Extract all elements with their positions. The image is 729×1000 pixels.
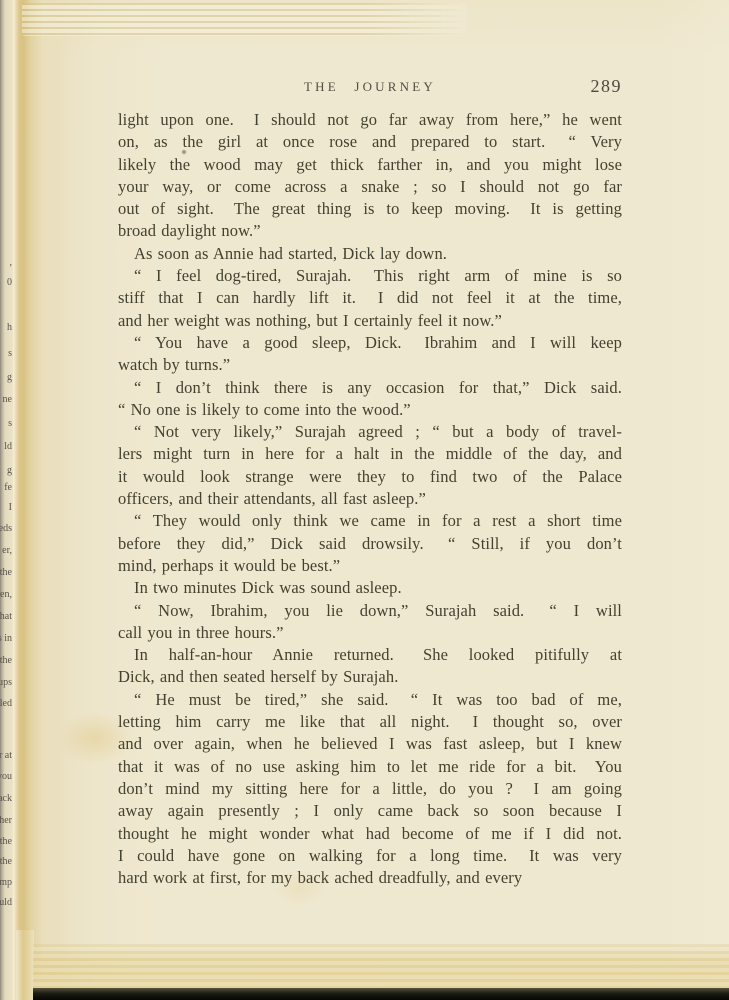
edge-text-fragment: s [8, 419, 12, 429]
edge-text-fragment: mp [0, 878, 12, 888]
paragraph: “ You have a good sleep, Dick. Ibrahim a… [118, 332, 622, 377]
text-line: “ I don’t think there is any occasion fo… [118, 377, 622, 399]
book-gutter [13, 0, 73, 1000]
text-line: broad daylight now.” [118, 220, 622, 242]
edge-text-fragment: g [7, 466, 12, 476]
edge-text-fragment: uld [0, 898, 12, 908]
paragraph: In half-an-hour Annie returned. She look… [118, 644, 622, 689]
text-line: out of sight. The great thing is to keep… [118, 198, 622, 220]
edge-text-fragment: the [0, 857, 12, 867]
page-number: 289 [591, 76, 623, 97]
edge-text-fragment: s [8, 349, 12, 359]
text-line: “ Not very likely,” Surajah agreed ; “ b… [118, 421, 622, 443]
text-line: and over again, when he believed I was f… [118, 733, 622, 755]
text-line: thought he might wonder what had become … [118, 823, 622, 845]
top-page-edges [22, 3, 467, 36]
paragraph: light upon one. I should not go far away… [118, 109, 622, 243]
text-line: call you in three hours.” [118, 622, 622, 644]
edge-text-fragment: hat [0, 612, 12, 622]
edge-text-fragment: , [10, 258, 13, 268]
bottom-page-edges [33, 944, 729, 990]
edge-text-fragment: ther [0, 816, 12, 826]
text-line: “ I feel dog-tired, Surajah. This right … [118, 265, 622, 287]
edge-text-fragment: h [7, 323, 12, 333]
paragraph: “ I feel dog-tired, Surajah. This right … [118, 265, 622, 332]
text-line: letting him carry me like that all night… [118, 711, 622, 733]
edge-text-fragment: r at [0, 751, 12, 761]
text-line: that it was of no use asking him to let … [118, 756, 622, 778]
edge-text-fragment: en, [0, 590, 12, 600]
book-page-scan: ,0hsgnesldgfeIedser,theen,hats intheupsl… [0, 0, 729, 1000]
edge-text-fragment: s in [0, 634, 12, 644]
edge-text-fragment: the [0, 568, 12, 578]
edge-text-fragment: you [0, 772, 12, 782]
text-block: light upon one. I should not go far away… [118, 109, 622, 889]
text-line: “ No one is likely to come into the wood… [118, 399, 622, 421]
text-line: In two minutes Dick was sound asleep. [118, 577, 622, 599]
edge-text-fragment: er, [2, 546, 12, 556]
edge-text-fragment: the [0, 656, 12, 666]
text-line: stiff that I can hardly lift it. I did n… [118, 287, 622, 309]
text-line: don’t mind my sitting here for a little,… [118, 778, 622, 800]
edge-text-fragment: I [9, 503, 12, 513]
paragraph: “ Now, Ibrahim, you lie down,” Surajah s… [118, 600, 622, 645]
text-line: “ You have a good sleep, Dick. Ibrahim a… [118, 332, 622, 354]
edge-text-fragment: ups [0, 678, 12, 688]
text-line: before they did,” Dick said drowsily. “ … [118, 533, 622, 555]
text-line: “ They would only think we came in for a… [118, 510, 622, 532]
chapter-title: THE JOURNEY [118, 79, 622, 95]
text-line: “ He must be tired,” she said. “ It was … [118, 689, 622, 711]
text-line: likely the wood may get thick farther in… [118, 154, 622, 176]
text-line: In half-an-hour Annie returned. She look… [118, 644, 622, 666]
text-line: Dick, and then seated herself by Surajah… [118, 666, 622, 688]
facing-page-edge: ,0hsgnesldgfeIedser,theen,hats intheupsl… [0, 0, 13, 1000]
text-line: I could have gone on walking for a long … [118, 845, 622, 867]
edge-text-fragment: g [7, 373, 12, 383]
edge-text-fragment: eds [0, 524, 12, 534]
text-line: lers might turn in here for a halt in th… [118, 443, 622, 465]
edge-text-fragment: ne [3, 395, 12, 405]
text-line: it would look strange were they to find … [118, 466, 622, 488]
text-line: “ Now, Ibrahim, you lie down,” Surajah s… [118, 600, 622, 622]
text-line: your way, or come across a snake ; so I … [118, 176, 622, 198]
running-header: THE JOURNEY 289 [118, 76, 622, 98]
text-line: As soon as Annie had started, Dick lay d… [118, 243, 622, 265]
bottom-gutter-edge [16, 930, 34, 1000]
text-line: on, as the girl at once rose and prepare… [118, 131, 622, 153]
paragraph: As soon as Annie had started, Dick lay d… [118, 243, 622, 265]
paragraph: “ He must be tired,” she said. “ It was … [118, 689, 622, 890]
text-line: mind, perhaps it would be best.” [118, 555, 622, 577]
paragraph: “ I don’t think there is any occasion fo… [118, 377, 622, 422]
text-line: watch by turns.” [118, 354, 622, 376]
text-line: and her weight was nothing, but I certai… [118, 310, 622, 332]
edge-text-fragment: ld [4, 442, 12, 452]
paragraph: “ Not very likely,” Surajah agreed ; “ b… [118, 421, 622, 510]
paragraph: “ They would only think we came in for a… [118, 510, 622, 577]
paragraph: In two minutes Dick was sound asleep. [118, 577, 622, 599]
text-line: officers, and their attendants, all fast… [118, 488, 622, 510]
edge-text-fragment: fe [4, 483, 12, 493]
edge-text-fragment: ack [0, 794, 12, 804]
edge-text-fragment: led [0, 699, 12, 709]
text-line: hard work at first, for my back ached dr… [118, 867, 622, 889]
text-line: away again presently ; I only came back … [118, 800, 622, 822]
text-line: light upon one. I should not go far away… [118, 109, 622, 131]
edge-text-fragment: the [0, 837, 12, 847]
edge-text-fragment: 0 [7, 278, 12, 288]
book-cover-edge [33, 988, 729, 1000]
